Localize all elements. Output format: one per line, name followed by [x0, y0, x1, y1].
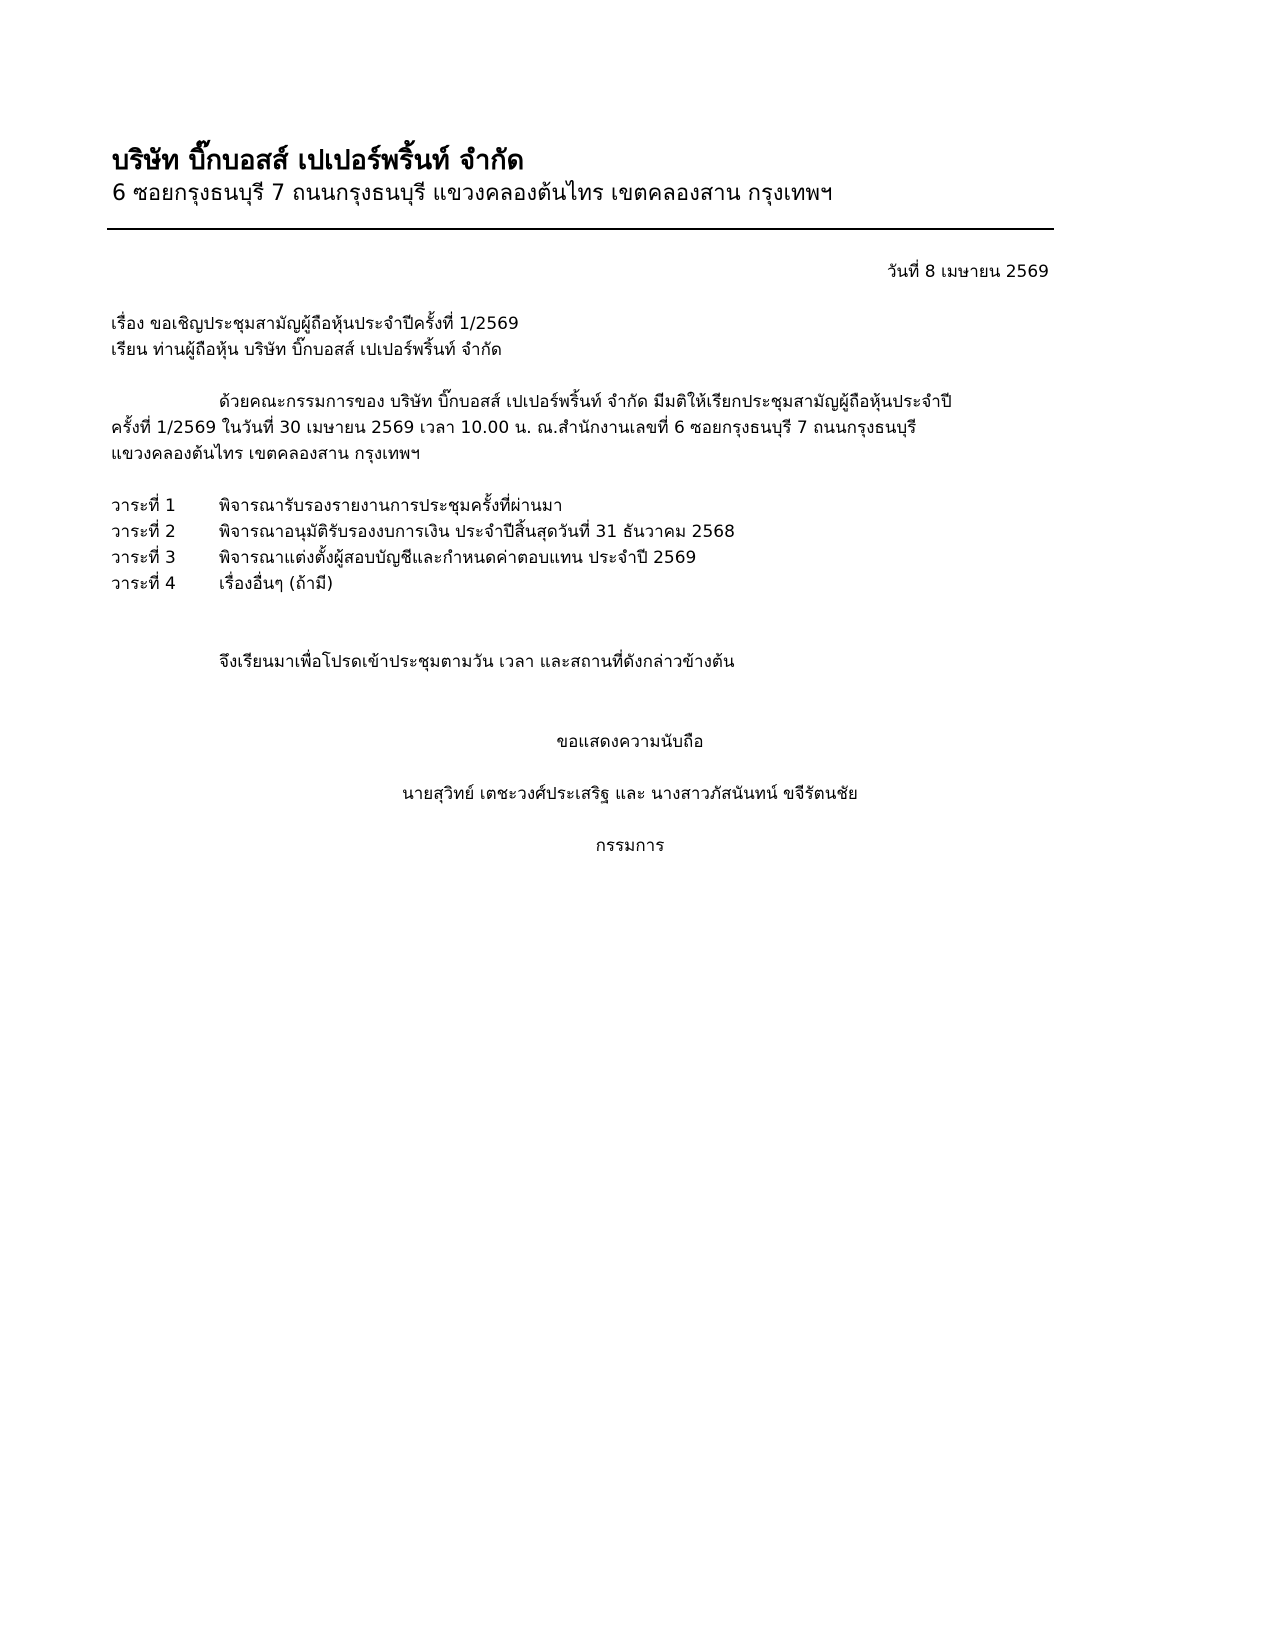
- closing-request: จึงเรียนมาเพื่อโปรดเข้าประชุมตามวัน เวลา…: [219, 648, 735, 675]
- company-address: 6 ซอยกรุงธนบุรี 7 ถนนกรุงธนบุรี แขวงคลอง…: [112, 175, 832, 210]
- agenda-text-3: พิจารณาแต่งตั้งผู้สอบบัญชีและกำหนดค่าตอบ…: [219, 544, 696, 571]
- agenda-text-2: พิจารณาอนุมัติรับรองงบการเงิน ประจำปีสิ้…: [219, 518, 735, 545]
- body-line-1: ด้วยคณะกรรมการของ บริษัท บิ๊กบอสส์ เปเปอ…: [219, 388, 952, 415]
- letter-date: วันที่ 8 เมษายน 2569: [887, 258, 1049, 285]
- agenda-label-3: วาระที่ 3: [111, 544, 176, 571]
- signatories: นายสุวิทย์ เตชะวงศ์ประเสริฐ และ นางสาวภั…: [0, 780, 1260, 807]
- closing-salutation: ขอแสดงความนับถือ: [0, 728, 1260, 755]
- agenda-text-4: เรื่องอื่นๆ (ถ้ามี): [219, 570, 333, 597]
- body-line-3: แขวงคลองต้นไทร เขตคลองสาน กรุงเทพฯ: [111, 440, 420, 467]
- body-line-2: ครั้งที่ 1/2569 ในวันที่ 30 เมษายน 2569 …: [111, 414, 916, 441]
- agenda-text-1: พิจารณารับรองรายงานการประชุมครั้งที่ผ่าน…: [219, 492, 563, 519]
- agenda-label-2: วาระที่ 2: [111, 518, 176, 545]
- header-divider: [107, 228, 1054, 230]
- agenda-label-1: วาระที่ 1: [111, 492, 176, 519]
- recipient-line: เรียน ท่านผู้ถือหุ้น บริษัท บิ๊กบอสส์ เป…: [111, 336, 502, 363]
- signatory-position: กรรมการ: [0, 832, 1260, 859]
- agenda-label-4: วาระที่ 4: [111, 570, 176, 597]
- subject-line: เรื่อง ขอเชิญประชุมสามัญผู้ถือหุ้นประจำป…: [111, 310, 519, 337]
